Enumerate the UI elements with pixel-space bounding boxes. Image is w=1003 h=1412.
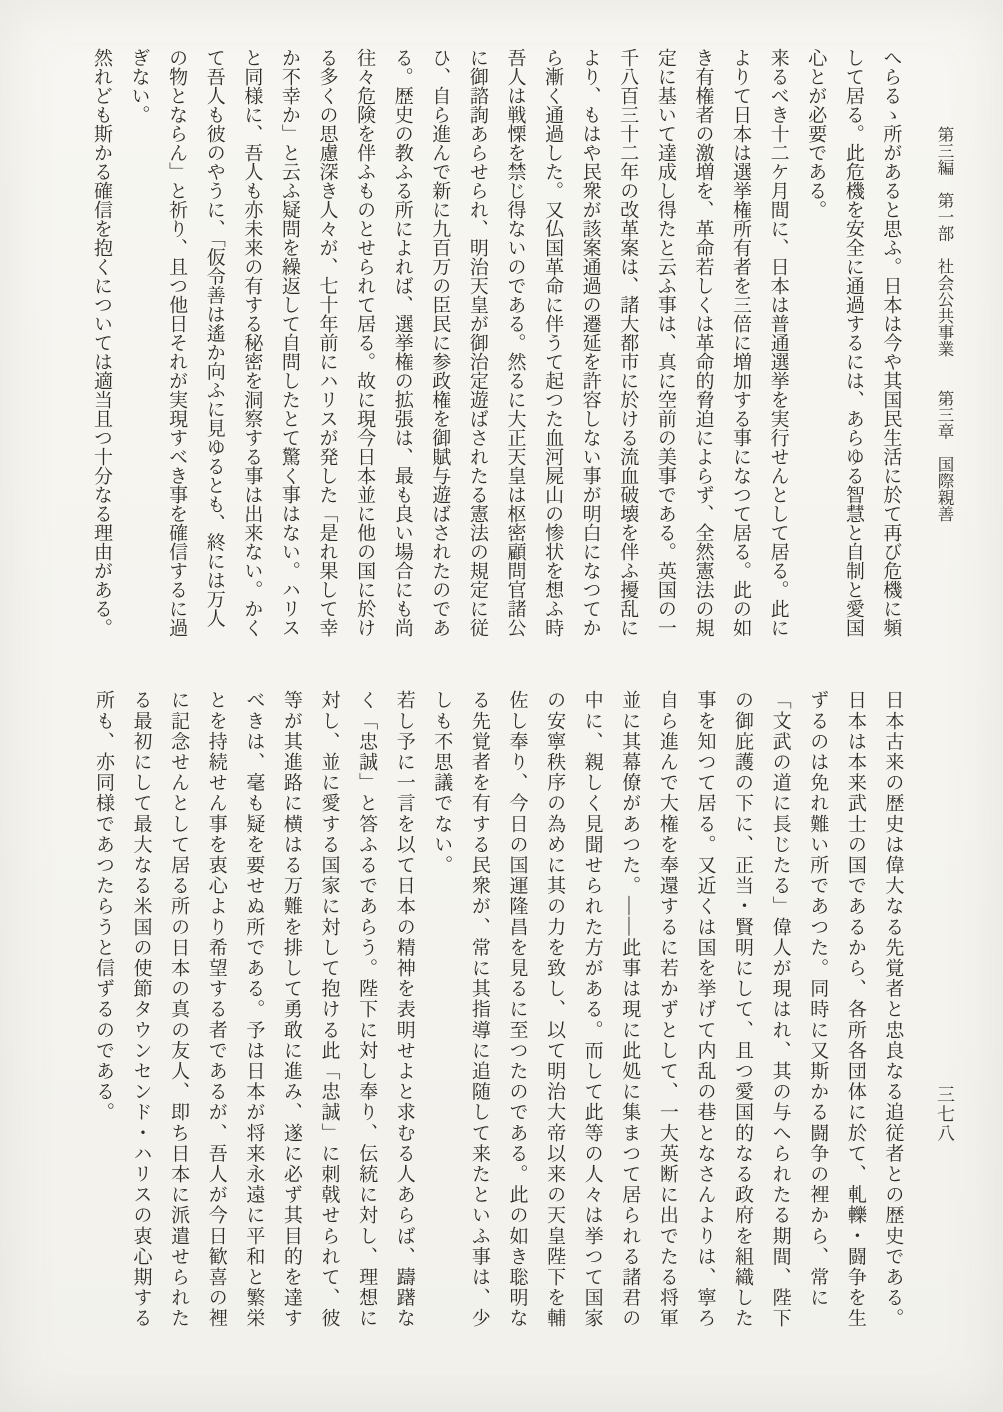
text-column: 来るべき十二ケ月間に、日本は普通選挙を実行せんとして居る。此に (759, 48, 797, 648)
text-column: 並に其幕僚があつた。――此事は現に此処に集まつて居られる諸君の (611, 690, 649, 1345)
text-column: ひ、自ら進んで新に九百万の臣民に参政権を御賦与遊ばされたのであ (421, 48, 459, 648)
text-column: 等が其進路に横はる万難を排して勇敢に進み、遂に必ず其目的を達す (272, 690, 310, 1345)
text-column: べきは、毫も疑を要せぬ所である。予は日本が将来永遠に平和と繁栄 (235, 690, 273, 1345)
text-column: の御庇護の下に、正当・賢明にして、且つ愛国的なる政府を組織した (723, 690, 761, 1345)
text-column: く「忠誠」と答ふるであらう。陛下に対し奉り、伝統に対し、理想に (348, 690, 386, 1345)
text-column: 中に、親しく見聞せられた方がある。而して此等の人々は挙つて国家 (573, 690, 611, 1345)
text-column: 吾人は戦慄を禁じ得ないのである。然るに大正天皇は枢密顧問官諸公 (496, 48, 534, 648)
text-column: 所も、亦同様であつたらうと信ずるのである。 (84, 690, 122, 1345)
text-column: か不幸か」と云ふ疑問を繰返して自問したとて驚く事はない。ハリス (270, 48, 308, 648)
text-column: の物とならん」と祈り、且つ他日それが実現すべき事を確信するに過 (158, 48, 196, 648)
text-column: ぎない。 (120, 48, 158, 648)
running-head: 第三編 第一部 社会公共事業 第三章 国際親善 (925, 48, 963, 648)
text-column: ずるのは免れ難い所であつた。同時に又斯かる闘争の裡から、常に (799, 690, 837, 1345)
text-column: して居る。此危機を安全に通過するには、あらゆる智慧と自制と愛国 (834, 48, 872, 648)
text-column: 事を知つて居る。又近くは国を挙げて内乱の巷となさんよりは、寧ろ (686, 690, 724, 1345)
text-column: 然れども斯かる確信を抱くについては適当且つ十分なる理由がある。 (82, 48, 120, 648)
text-column: へらるゝ所があると思ふ。日本は今や其国民生活に於て再び危機に頻 (872, 48, 910, 648)
text-column: に記念せんとして居る所の日本の真の友人、即ち日本に派遣せられた (160, 690, 198, 1345)
top-text-block: 第三編 第一部 社会公共事業 第三章 国際親善 へらるゝ所があると思ふ。日本は今… (73, 48, 963, 648)
text-column: の安寧秩序の為めに其の力を致し、以て明治大帝以来の天皇陛下を輔 (535, 690, 573, 1345)
text-column: しも不思議でない。 (423, 690, 461, 1345)
text-column: 佐し奉り、今日の国運隆昌を見るに至つたのである。此の如き聡明な (498, 690, 536, 1345)
text-column: 「文武の道に長じたる」偉人が現はれ、其の与へられたる期間、陛下 (761, 690, 799, 1345)
text-column: 心とが必要である。 (797, 48, 835, 648)
scanned-book-page: 第三編 第一部 社会公共事業 第三章 国際親善 へらるゝ所があると思ふ。日本は今… (0, 0, 1003, 1412)
text-column: と同様に、吾人も亦未来の有する秘密を洞察する事は出来ない。かく (233, 48, 271, 648)
text-column: る先覚者を有する民衆が、常に其指導に追随して来たといふ事は、少 (460, 690, 498, 1345)
text-column: 若し予に一言を以て日本の精神を表明せよと求むる人あらば、躊躇な (385, 690, 423, 1345)
text-column: に御諮詢あらせられ、明治天皇が御治定遊ばされたる憲法の規定に従 (458, 48, 496, 648)
page-number: 三七八 (925, 690, 963, 1345)
text-column: ら漸く通過した。又仏国革命に伴うて起つた血河屍山の惨状を想ふ時 (533, 48, 571, 648)
bottom-text-block: 三七八 日本古来の歴史は偉大なる先覚者と忠良なる追従者との歴史である。 日本は本… (73, 690, 963, 1345)
text-column: て吾人も彼のやうに、「仮令善は遙か向ふに見ゆるとも、終には万人 (195, 48, 233, 648)
text-column: とを持続せん事を衷心より希望する者であるが、吾人が今日歓喜の裡 (197, 690, 235, 1345)
text-column: る。歴史の教ふる所によれば、選挙権の拡張は、最も良い場合にも尚 (383, 48, 421, 648)
text-column: 日本古来の歴史は偉大なる先覚者と忠良なる追従者との歴史である。 (874, 690, 912, 1345)
text-column: 往々危険を伴ふものとせられて居る。故に現今日本並に他の国に於け (346, 48, 384, 648)
text-column: 千八百三十二年の改革案は、諸大都市に於ける流血破壊を伴ふ擾乱に (609, 48, 647, 648)
text-column: る最初にして最大なる米国の使節タウンセンド・ハリスの衷心期する (122, 690, 160, 1345)
text-column: る多くの思慮深き人々が、七十年前にハリスが発した「是れ果して幸 (308, 48, 346, 648)
text-column: より、もはや民衆が該案通過の遷延を許容しない事が明白になつてか (571, 48, 609, 648)
text-column: 自ら進んで大権を奉還するに若かずとして、一大英断に出でたる将軍 (648, 690, 686, 1345)
text-column: き有権者の激増を、革命若しくは革命的脅迫によらず、全然憲法の規 (684, 48, 722, 648)
text-column: よりて日本は選挙権所有者を三倍に増加する事になつて居る。此の如 (721, 48, 759, 648)
text-column: 定に基いて達成し得たと云ふ事は、真に空前の美事である。英国の一 (646, 48, 684, 648)
text-column: 対し、並に愛する国家に対して抱ける此「忠誠」に刺戟せられて、彼 (310, 690, 348, 1345)
text-column: 日本は本来武士の国であるから、各所各団体に於て、軋轢・闘争を生 (836, 690, 874, 1345)
